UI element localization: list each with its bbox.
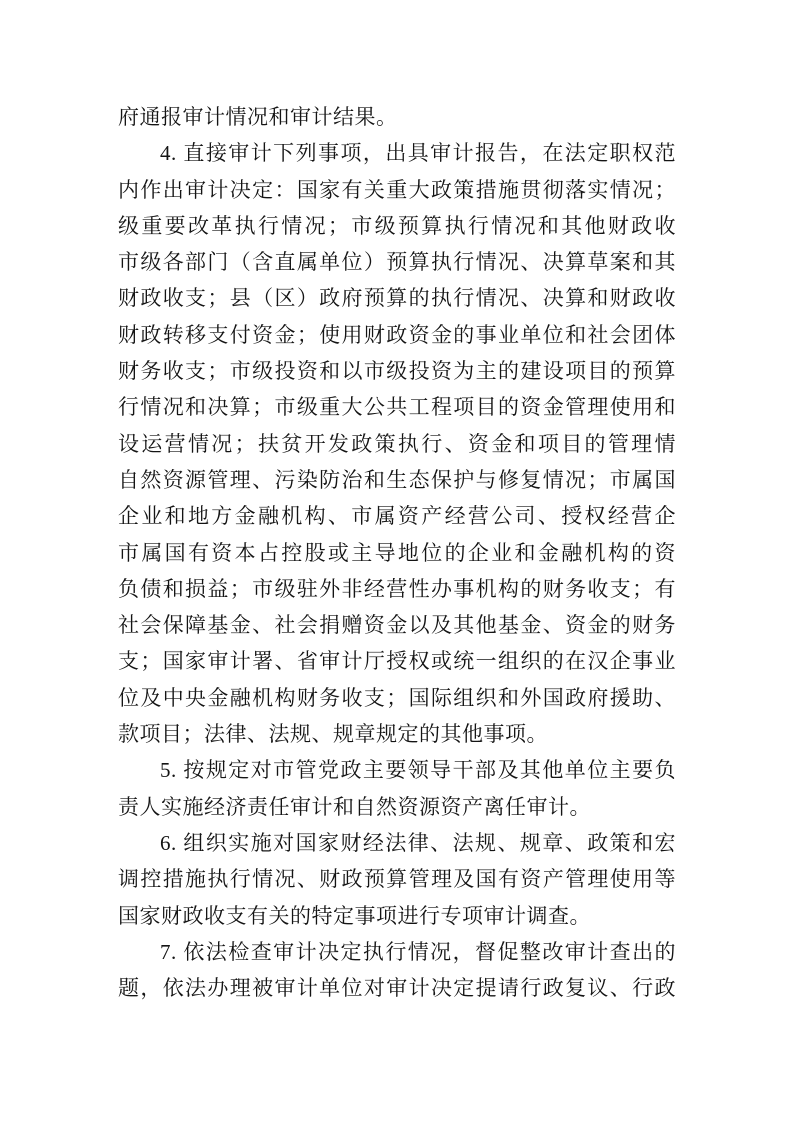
- text-line: 国家财政收支有关的特定事项进行专项审计调查。: [118, 898, 676, 934]
- text-line: 题，依法办理被审计单位对审计决定提请行政复议、行政诉: [118, 970, 676, 1006]
- text-line: 设运营情况；扶贫开发政策执行、资金和项目的管理情况；: [118, 426, 676, 462]
- text-line: 府通报审计情况和审计结果。: [118, 99, 676, 135]
- document-body: 府通报审计情况和审计结果。4. 直接审计下列事项，出具审计报告，在法定职权范围内…: [118, 99, 676, 1006]
- text-line: 负债和损益；市级驻外非经营性办事机构的财务收支；有关: [118, 571, 676, 607]
- text-line: 市级各部门（含直属单位）预算执行情况、决算草案和其他: [118, 244, 676, 280]
- text-line: 财政收支；县（区）政府预算的执行情况、决算和财政收支、: [118, 280, 676, 316]
- text-line: 7. 依法检查审计决定执行情况，督促整改审计查出的问: [118, 934, 676, 970]
- text-line: 位及中央金融机构财务收支；国际组织和外国政府援助、贷: [118, 680, 676, 716]
- text-line: 责人实施经济责任审计和自然资源资产离任审计。: [118, 789, 676, 825]
- text-line: 内作出审计决定：国家有关重大政策措施贯彻落实情况；市: [118, 172, 676, 208]
- text-line: 调控措施执行情况、财政预算管理及国有资产管理使用等与: [118, 861, 676, 897]
- text-line: 自然资源管理、污染防治和生态保护与修复情况；市属国有: [118, 462, 676, 498]
- text-line: 款项目；法律、法规、规章规定的其他事项。: [118, 716, 676, 752]
- text-line: 财务收支；市级投资和以市级投资为主的建设项目的预算执: [118, 353, 676, 389]
- text-line: 财政转移支付资金；使用财政资金的事业单位和社会团体的: [118, 317, 676, 353]
- text-line: 6. 组织实施对国家财经法律、法规、规章、政策和宏观: [118, 825, 676, 861]
- text-line: 市属国有资本占控股或主导地位的企业和金融机构的资产、: [118, 535, 676, 571]
- text-line: 企业和地方金融机构、市属资产经营公司、授权经营企业、: [118, 498, 676, 534]
- text-line: 4. 直接审计下列事项，出具审计报告，在法定职权范围: [118, 135, 676, 171]
- text-line: 级重要改革执行情况；市级预算执行情况和其他财政收支；: [118, 208, 676, 244]
- text-line: 5. 按规定对市管党政主要领导干部及其他单位主要负: [118, 752, 676, 788]
- text-line: 社会保障基金、社会捐赠资金以及其他基金、资金的财务收: [118, 607, 676, 643]
- document-page: 府通报审计情况和审计结果。4. 直接审计下列事项，出具审计报告，在法定职权范围内…: [0, 0, 793, 1122]
- text-line: 支；国家审计署、省审计厅授权或统一组织的在汉企事业单: [118, 643, 676, 679]
- text-line: 行情况和决算；市级重大公共工程项目的资金管理使用和建: [118, 389, 676, 425]
